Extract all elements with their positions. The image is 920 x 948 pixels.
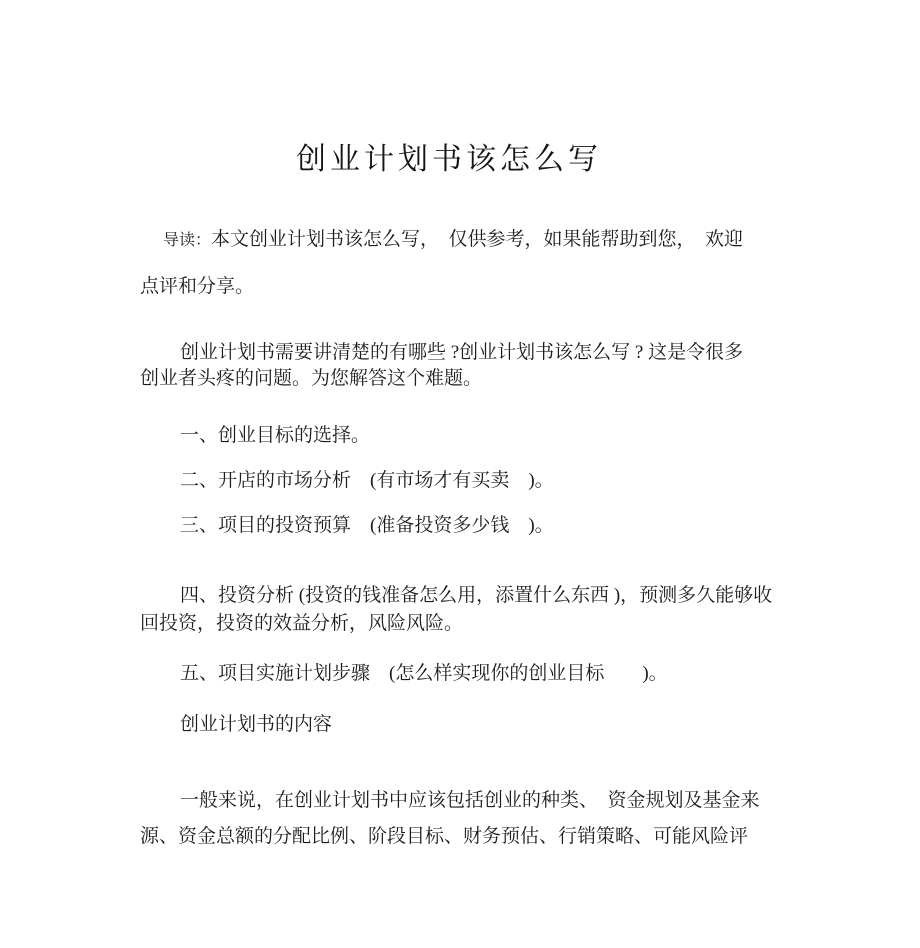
list-item: 三、项目的投资预算 (准备投资多少钱 )。	[140, 503, 758, 548]
text-line: 四、投资分析 (投资的钱准备怎么用，添置什么东西 )，预测多久能够收	[140, 582, 758, 610]
list-item: 一、创业目标的选择。	[140, 413, 758, 458]
text-line: 源、资金总额的分配比例、阶段目标、财务预估、行销策略、可能风险评	[140, 819, 758, 855]
intro-line1-text: 本文创业计划书该怎么写， 仅供参考，如果能帮助到您， 欢迎	[211, 229, 743, 250]
list-item-4-paragraph: 四、投资分析 (投资的钱准备怎么用，添置什么东西 )，预测多久能够收 回投资，投…	[140, 582, 758, 638]
text-line: 一般来说，在创业计划书中应该包括创业的种类、 资金规划及基金来	[140, 783, 758, 819]
section-heading: 创业计划书的内容	[140, 711, 758, 739]
text-line: 创业计划书需要讲清楚的有哪些 ?创业计划书该怎么写 ? 这是令很多	[140, 340, 758, 366]
section-heading-text: 创业计划书的内容	[140, 711, 758, 739]
question-paragraph: 创业计划书需要讲清楚的有哪些 ?创业计划书该怎么写 ? 这是令很多 创业者头疼的…	[140, 340, 758, 392]
text-line: 五、项目实施计划步骤 (怎么样实现你的创业目标 )。	[140, 660, 758, 688]
document-title: 创业计划书该怎么写	[140, 139, 758, 181]
list-item-5-paragraph: 五、项目实施计划步骤 (怎么样实现你的创业目标 )。	[140, 660, 758, 688]
document-content: 创业计划书该怎么写 导读：本文创业计划书该怎么写， 仅供参考，如果能帮助到您， …	[140, 139, 758, 855]
list-item: 二、开店的市场分析 (有市场才有买卖 )。	[140, 458, 758, 503]
text-line: 创业者头疼的问题。为您解答这个难题。	[140, 366, 758, 392]
numbered-list: 一、创业目标的选择。 二、开店的市场分析 (有市场才有买卖 )。 三、项目的投资…	[140, 413, 758, 548]
text-line: 点评和分享。	[140, 264, 758, 310]
document-page: 创业计划书该怎么写 导读：本文创业计划书该怎么写， 仅供参考，如果能帮助到您， …	[0, 0, 920, 948]
intro-paragraph: 导读：本文创业计划书该怎么写， 仅供参考，如果能帮助到您， 欢迎 点评和分享。	[140, 217, 758, 310]
text-line: 导读：本文创业计划书该怎么写， 仅供参考，如果能帮助到您， 欢迎	[140, 217, 758, 264]
intro-lead-label: 导读：	[163, 232, 211, 249]
text-line: 回投资，投资的效益分析，风险风险。	[140, 610, 758, 638]
general-paragraph: 一般来说，在创业计划书中应该包括创业的种类、 资金规划及基金来 源、资金总额的分…	[140, 783, 758, 855]
